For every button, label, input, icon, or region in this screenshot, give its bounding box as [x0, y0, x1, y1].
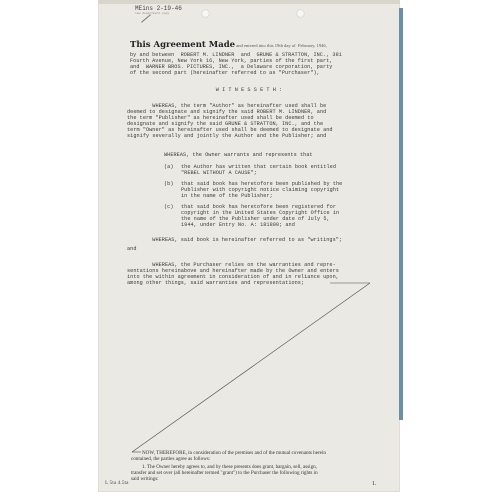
whereas-warrants: WHEREAS, the Owner warrants and represen… — [164, 152, 313, 158]
punch-hole-left — [202, 10, 209, 17]
preamble-line: of the second part (hereinafter referred… — [130, 70, 320, 76]
clause-1-line: transfer and set over (all hereinafter t… — [131, 470, 318, 476]
whereas-purchaser-line: among other things, said warranties and … — [127, 280, 304, 286]
title-rest: and entered into this 19th day of Februa… — [235, 43, 327, 48]
page-top-edge — [98, 0, 400, 4]
clause-a-line: "REBEL WITHOUT A CAUSE"; — [181, 170, 257, 176]
date-stamp: MEins 2-19-46 — [135, 5, 182, 12]
title-lead: This Agreement Made — [130, 40, 235, 50]
clause-1-line: said writings: — [131, 476, 159, 482]
agreement-title: This Agreement Made and entered into thi… — [130, 40, 327, 50]
folder-strip — [399, 8, 403, 420]
clause-b-line: in the name of the Publisher; — [181, 193, 273, 199]
and-connector: and — [127, 246, 137, 252]
clause-b-label: (b) — [164, 181, 174, 187]
clause-c-label: (c) — [164, 204, 174, 210]
whereas-author-line: signify severally and jointly the Author… — [127, 133, 326, 139]
handwritten-margin-note: L 5ta 4.5ta — [105, 480, 128, 486]
punch-hole-right — [297, 10, 304, 17]
page-number: 1. — [372, 481, 377, 487]
clause-c-line: 1944, under Entry No. A: 181800; and — [181, 222, 295, 228]
now-therefore-line: contained, the parties agree as follows: — [131, 456, 210, 462]
clause-a-label: (a) — [164, 164, 174, 170]
whereas-writings: WHEREAS, said book is hereinafter referr… — [127, 237, 342, 243]
witnesseth-heading: W I T N E S S E T H : — [98, 87, 400, 93]
stamp-subtext: law department copy — [135, 12, 169, 15]
